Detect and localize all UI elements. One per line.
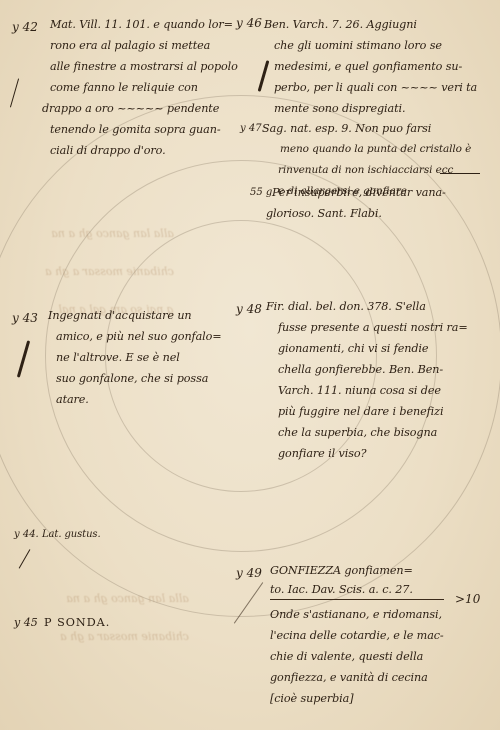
entry-line: drappo a oro ~~~~~ pendente (42, 98, 238, 119)
entry-line: che la superbia, che bisogna (278, 422, 468, 443)
entry-line: [cioè superbia] (270, 688, 444, 709)
dash-stroke (440, 173, 480, 174)
entry-number: y 48 (236, 302, 262, 316)
margin-stroke (19, 549, 31, 569)
entry-line: medesimi, e quel gonfiamento su- (274, 56, 477, 77)
entry-line: Lat. gustus. (42, 524, 101, 545)
margin-stroke (234, 582, 264, 624)
entry-line: mente sono dispregiati. (274, 98, 477, 119)
entry-line: che gli uomini stimano loro se (274, 35, 477, 56)
entry-number: y 47 (240, 122, 262, 136)
entry-line: Fir. dial. bel. don. 378. S'ella (266, 296, 468, 317)
entry-line: chie di valente, questi della (270, 646, 444, 667)
entry-line: gionamenti, chi vi si fendie (278, 338, 468, 359)
entry-line: chella gonfierebbe. Ben. Ben- (278, 359, 468, 380)
entry-line: ciali di drappo d'oro. (50, 140, 238, 161)
entry-number: y 43 (12, 311, 38, 325)
entry-number: 55 g (250, 186, 272, 200)
entry-number: y 42 (12, 20, 38, 34)
margin-stroke (10, 78, 20, 107)
entry-number: y 45 (14, 616, 38, 630)
entry-line: to. Iac. Dav. Scis. a. c. 27. (270, 581, 444, 600)
entry-line: atare. (56, 389, 222, 410)
entry-number: y 46 (236, 16, 262, 30)
entry-line: Ben. Varch. 7. 26. Aggiugni (264, 14, 477, 35)
entry-line: glorioso. Sant. Flabi. (266, 203, 446, 224)
entry-line: più fuggire nel dare i benefizi (278, 401, 468, 422)
entry-line: alle finestre a mostrarsi al popolo (50, 56, 238, 77)
entry-number: y 49 (236, 566, 262, 580)
entry-line: perbo, per li quali con ~~~~ veri ta (274, 77, 477, 98)
entry-line: P SONDA. (44, 612, 110, 633)
entry-line: l'ecina delle cotardie, e le mac- (270, 625, 444, 646)
bleed-line: alla lan ganco gh a na (66, 592, 189, 605)
margin-note: >10 (455, 592, 480, 606)
entry-line: suo gonfalone, che si possa (56, 368, 222, 389)
entry-line: Varch. 111. niuna cosa si dee (278, 380, 468, 401)
entry-line: come fanno le reliquie con (50, 77, 238, 98)
entry-line: Onde s'astianano, e ridomansi, (270, 604, 444, 625)
bleed-line: chibanie mossar a gh a (45, 265, 174, 278)
entry-line: gonfiare il viso? (278, 443, 468, 464)
entry-line: rono era al palagio si mettea (50, 35, 238, 56)
entry-line: Ingegnati d'acquistare un (48, 305, 222, 326)
entry-line: amico, e più nel suo gonfalo= (56, 326, 222, 347)
bleed-line: alla lan ganco gh a na (51, 227, 174, 240)
margin-stroke (17, 340, 30, 377)
entry-line: ne l'altrove. E se è nel (56, 347, 222, 368)
entry-line: tenendo le gomita sopra guan- (50, 119, 238, 140)
entry-line: fusse presente a questi nostri ra= (278, 317, 468, 338)
entry-line: rinvenuta di non ischiacciarsi ecc (278, 160, 471, 181)
entry-line: Per insuperbire, diventar vana- (272, 182, 446, 203)
entry-line: gonfiezza, e vanità di cecina (270, 667, 444, 688)
manuscript-page: alla lan ganco gh a na chibanie mossar a… (0, 0, 500, 730)
entry-line: meno quando la punta del cristallo è (280, 139, 471, 160)
entry-line: Mat. Vill. 11. 101. e quando lor= (50, 14, 238, 35)
entry-number: y 44. (14, 528, 39, 542)
entry-line: GONFIEZZA gonfiamen= (270, 560, 444, 581)
entry-line: Sag. nat. esp. 9. Non puo farsi (262, 118, 471, 139)
